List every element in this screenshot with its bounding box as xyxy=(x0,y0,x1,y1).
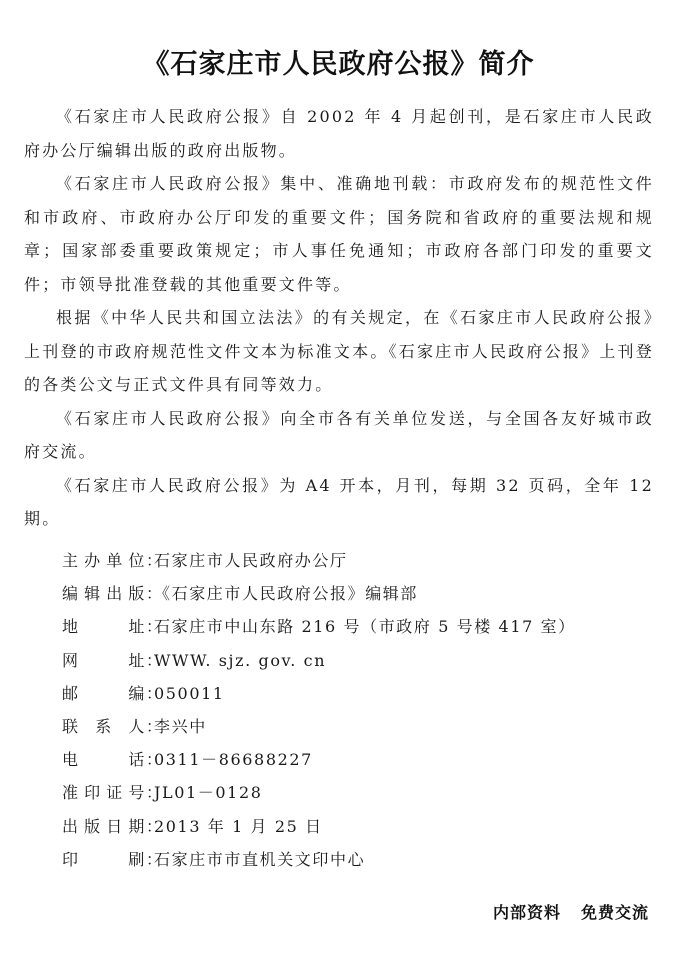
info-separator: ： xyxy=(146,810,154,843)
info-value: JL01－0128 xyxy=(154,776,263,809)
info-value: 石家庄市市直机关文印中心 xyxy=(154,843,365,876)
paragraph-content-scope: 《石家庄市人民政府公报》集中、准确地刊载：市政府发布的规范性文件和市政府、市政府… xyxy=(24,167,654,301)
info-separator: ： xyxy=(146,577,154,610)
info-label: 网址 xyxy=(62,644,146,677)
paragraph-distribution: 《石家庄市人民政府公报》向全市各有关单位发送，与全国各友好城市政府交流。 xyxy=(24,402,654,469)
page-title: 《石家庄市人民政府公报》简介 xyxy=(0,42,677,81)
info-value: 石家庄市人民政府办公厅 xyxy=(154,544,348,577)
info-separator: ： xyxy=(146,710,154,743)
info-row-sponsor: 主办单位：石家庄市人民政府办公厅 xyxy=(62,544,622,577)
info-label: 电话 xyxy=(62,743,146,776)
info-value: 李兴中 xyxy=(154,710,207,743)
paragraph-format: 《石家庄市人民政府公报》为 A4 开本，月刊，每期 32 页码，全年 12 期。 xyxy=(24,469,654,536)
info-row-phone: 电话：0311－86688227 xyxy=(62,743,622,776)
info-value: 石家庄市中山东路 216 号（市政府 5 号楼 417 室） xyxy=(154,610,576,643)
info-label: 主办单位 xyxy=(62,544,146,577)
info-row-date: 出版日期：2013 年 1 月 25 日 xyxy=(62,810,622,843)
info-row-permit: 准印证号：JL01－0128 xyxy=(62,776,622,809)
info-separator: ： xyxy=(146,544,154,577)
footer-notice: 内部资料免费交流 xyxy=(493,900,649,923)
info-row-website: 网址：WWW. sjz. gov. cn xyxy=(62,644,622,677)
info-row-address: 地址：石家庄市中山东路 216 号（市政府 5 号楼 417 室） xyxy=(62,610,622,643)
info-value: 《石家庄市人民政府公报》编辑部 xyxy=(154,577,418,610)
info-row-printer: 印刷：石家庄市市直机关文印中心 xyxy=(62,843,622,876)
publication-info: 主办单位：石家庄市人民政府办公厅 编辑出版：《石家庄市人民政府公报》编辑部 地址… xyxy=(62,544,622,876)
free-exchange-label: 免费交流 xyxy=(581,903,649,922)
introduction-body: 《石家庄市人民政府公报》自 2002 年 4 月起创刊，是石家庄市人民政府办公厅… xyxy=(24,100,654,536)
info-label: 准印证号 xyxy=(62,776,146,809)
info-separator: ： xyxy=(146,677,154,710)
info-separator: ： xyxy=(146,644,154,677)
info-label: 地址 xyxy=(62,610,146,643)
website-link[interactable]: WWW. sjz. gov. cn xyxy=(154,644,326,677)
info-label: 编辑出版 xyxy=(62,577,146,610)
paragraph-founding: 《石家庄市人民政府公报》自 2002 年 4 月起创刊，是石家庄市人民政府办公厅… xyxy=(24,100,654,167)
info-label: 联系人 xyxy=(62,710,146,743)
info-separator: ： xyxy=(146,610,154,643)
info-label: 出版日期 xyxy=(62,810,146,843)
info-separator: ： xyxy=(146,776,154,809)
info-label: 印刷 xyxy=(62,843,146,876)
info-value: 0311－86688227 xyxy=(154,743,313,776)
info-row-editor: 编辑出版：《石家庄市人民政府公报》编辑部 xyxy=(62,577,622,610)
internal-material-label: 内部资料 xyxy=(493,903,561,922)
info-value: 2013 年 1 月 25 日 xyxy=(154,810,323,843)
info-separator: ： xyxy=(146,843,154,876)
info-value: 050011 xyxy=(154,677,225,710)
paragraph-legal-status: 根据《中华人民共和国立法法》的有关规定，在《石家庄市人民政府公报》上刊登的市政府… xyxy=(24,301,654,402)
info-label: 邮编 xyxy=(62,677,146,710)
info-row-postcode: 邮编：050011 xyxy=(62,677,622,710)
info-row-contact: 联系人：李兴中 xyxy=(62,710,622,743)
info-separator: ： xyxy=(146,743,154,776)
